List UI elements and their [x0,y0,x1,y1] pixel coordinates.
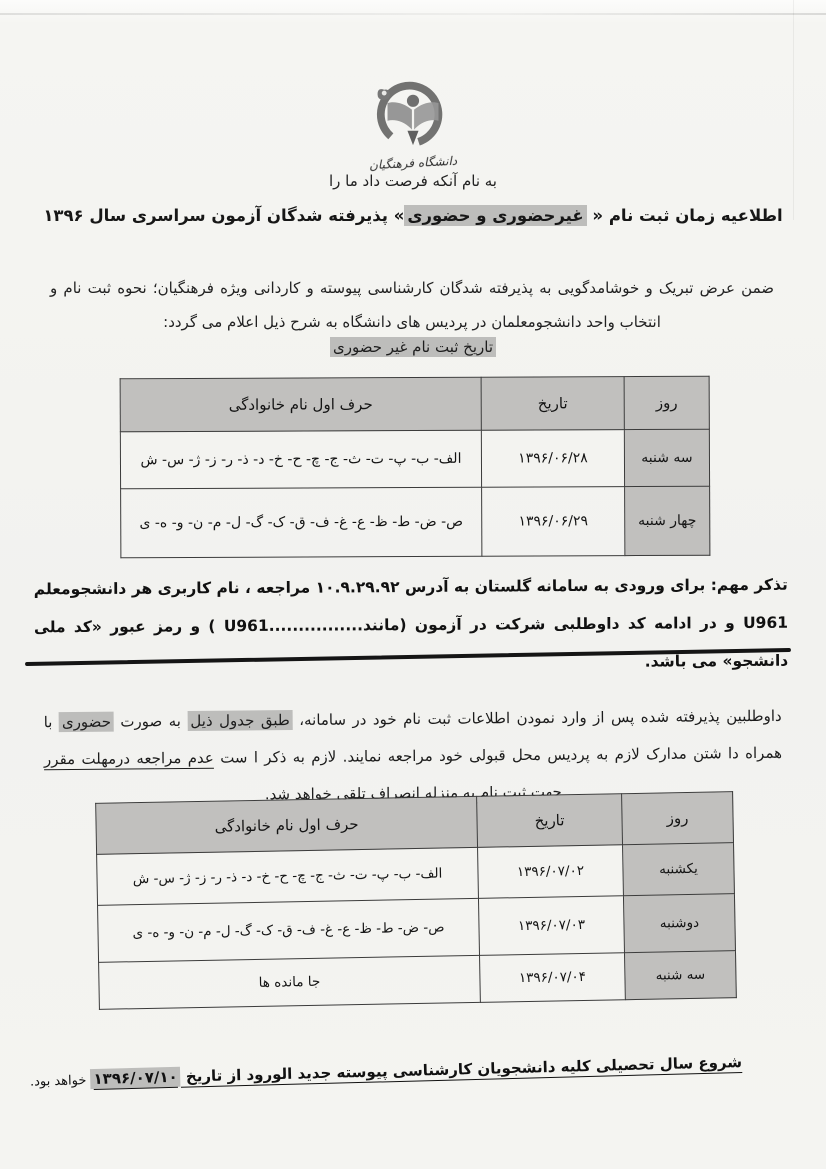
table-row: سه شنبه ۱۳۹۶/۰۶/۲۸ الف- ب- پ- ت- ث- ج- چ… [120,429,709,489]
letters-cell: جا مانده ها [99,955,481,1009]
header-date: تاریخ [477,794,623,848]
footer-date: ۱۳۹۶/۰۷/۱۰ [90,1067,181,1089]
registration-table-inperson: روز تاریخ حرف اول نام خانوادگی یکشنبه ۱۳… [96,791,737,1010]
page-title: اطلاعیه زمان ثبت نام « غیرحضوری و حضوری»… [0,206,826,225]
date-cell: ۱۳۹۶/۰۶/۲۸ [481,430,624,488]
footer-tail: خواهد بود. [30,1073,91,1090]
title-post: » پذیرفته شدگان آزمون سراسری سال ۱۳۹۶ [43,206,404,225]
footer-lead: شروع سال تحصیلی کلیه دانشجویان کارشناسی … [180,1053,742,1086]
date-cell: ۱۳۹۶/۰۷/۰۳ [478,896,624,956]
scanned-announcement-page: دانشگاه فرهنگیان به نام آنکه فرصت داد ما… [0,0,826,1169]
university-logo: دانشگاه فرهنگیان [0,72,826,170]
day-cell: چهار شنبه [625,486,710,555]
header-day: روز [622,792,734,845]
logo-caption: دانشگاه فرهنگیان [369,154,458,173]
footer-underlined: شروع سال تحصیلی کلیه دانشجویان کارشناسی … [90,1053,742,1089]
table-row: چهار شنبه ۱۳۹۶/۰۶/۲۹ ص- ض- ط- ظ- ع- غ- ف… [121,486,710,558]
letters-cell: ص- ض- ط- ظ- ع- غ- ف- ق- ک- گ- ل- م- ن- و… [98,898,480,962]
registration-table-offline: روز تاریخ حرف اول نام خانوادگی سه شنبه ۱… [121,376,711,559]
para2-highlight-inperson: حضوری [59,712,114,732]
important-note: تذکر مهم: برای ورودی به سامانه گلستان به… [34,565,789,684]
letters-cell: الف- ب- پ- ت- ث- ج- چ- ح- خ- د- ذ- ر- ز-… [120,430,481,489]
section1-heading: تاریخ ثبت نام غیر حضوری [0,338,826,356]
day-cell: دوشنبه [623,894,735,953]
para2-seg1: داوطلبین پذیرفته شده پس از وارد نمودن اط… [293,707,782,729]
note-label: تذکر مهم: [711,575,788,593]
footer-note: شروع سال تحصیلی کلیه دانشجویان کارشناسی … [36,1053,742,1089]
date-cell: ۱۳۹۶/۰۷/۰۲ [478,845,624,899]
header-letters: حرف اول نام خانوادگی [120,377,481,432]
letters-cell: الف- ب- پ- ت- ث- ج- چ- ح- خ- د- ذ- ر- ز-… [97,847,479,905]
title-highlight: غیرحضوری و حضوری [404,205,586,226]
intro-paragraph: ضمن عرض تبریک و خوشامدگویی به پذیرفته شد… [50,271,774,339]
date-cell: ۱۳۹۶/۰۷/۰۴ [480,953,626,1003]
day-cell: یکشنبه [623,843,735,896]
header-day: روز [624,376,709,429]
section1-heading-highlight: تاریخ ثبت نام غیر حضوری [330,337,496,357]
letters-cell: ص- ض- ط- ظ- ع- غ- ف- ق- ک- گ- ل- م- ن- و… [121,487,482,558]
date-cell: ۱۳۹۶/۰۶/۲۹ [482,487,625,557]
para2-seg2: به صورت [114,712,188,731]
title-pre: اطلاعیه زمان ثبت نام « [587,206,783,225]
scan-edge-artifact [0,13,826,15]
header-date: تاریخ [481,377,624,431]
day-cell: سه شنبه [624,429,709,486]
bismillah-text: به نام آنکه فرصت داد ما را [0,172,826,190]
logo-emblem-icon [357,72,469,154]
table-header-row: روز تاریخ حرف اول نام خانوادگی [120,376,709,432]
para2-highlight-table: طبق جدول ذیل [187,710,293,731]
day-cell: سه شنبه [624,951,736,1000]
header-letters: حرف اول نام خانوادگی [96,796,478,854]
